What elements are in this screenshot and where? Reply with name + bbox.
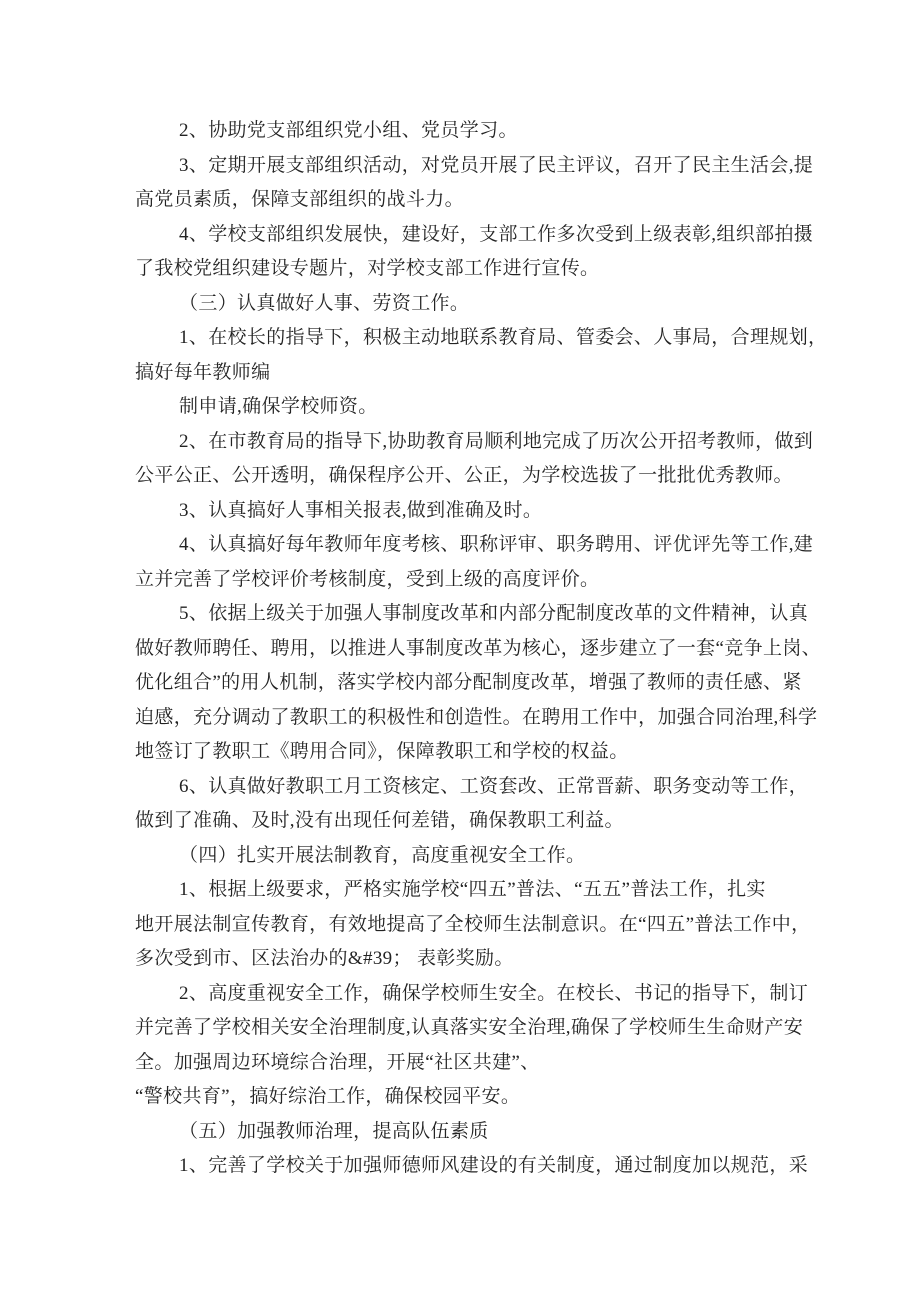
document-section-heading: （四）扎实开展法制教育，高度重视安全工作。 (135, 839, 807, 874)
document-line: 优化组合”的用人机制，落实学校内部分配制度改革，增强了教师的责任感、紧 (135, 666, 807, 701)
document-line: 2、高度重视安全工作，确保学校师生安全。在校长、书记的指导下，制订 (135, 977, 807, 1012)
document-line: 全。加强周边环境综合治理，开展“社区共建”、 (135, 1046, 807, 1081)
document-line: 并完善了学校相关安全治理制度,认真落实安全治理,确保了学校师生生命财产安 (135, 1011, 807, 1046)
document-line: 2、协助党支部组织党小组、党员学习。 (135, 114, 807, 149)
document-line: 高党员素质，保障支部组织的战斗力。 (135, 183, 807, 218)
document-line: 做好教师聘任、聘用，以推进人事制度改革为核心，逐步建立了一套“竞争上岗、 (135, 632, 807, 667)
document-text-body: 2、协助党支部组织党小组、党员学习。 3、定期开展支部组织活动，对党员开展了民主… (135, 114, 807, 1184)
document-page: 2、协助党支部组织党小组、党员学习。 3、定期开展支部组织活动，对党员开展了民主… (0, 0, 920, 1301)
document-line: 了我校党组织建设专题片，对学校支部工作进行宣传。 (135, 252, 807, 287)
document-line: 1、根据上级要求，严格实施学校“四五”普法、“五五”普法工作，扎实 (135, 873, 807, 908)
document-line: 1、完善了学校关于加强师德师风建设的有关制度，通过制度加以规范，采 (135, 1149, 807, 1184)
document-section-heading: （三）认真做好人事、劳资工作。 (135, 287, 807, 322)
document-line: 4、认真搞好每年教师年度考核、职称评审、职务聘用、评优评先等工作,建 (135, 528, 807, 563)
document-line: 5、依据上级关于加强人事制度改革和内部分配制度改革的文件精神，认真 (135, 597, 807, 632)
document-line: 4、学校支部组织发展快，建设好，支部工作多次受到上级表彰,组织部拍摄 (135, 218, 807, 253)
document-line: 立并完善了学校评价考核制度，受到上级的高度评价。 (135, 563, 807, 598)
document-line: 3、定期开展支部组织活动，对党员开展了民主评议，召开了民主生活会,提 (135, 149, 807, 184)
document-line: 地开展法制宣传教育，有效地提高了全校师生法制意识。在“四五”普法工作中， (135, 908, 807, 943)
document-line: 6、认真做好教职工月工资核定、工资套改、正常晋薪、职务变动等工作， (135, 770, 807, 805)
document-line: 公平公正、公开透明，确保程序公开、公正，为学校选拔了一批批优秀教师。 (135, 459, 807, 494)
document-line: “警校共育”，搞好综治工作，确保校园平安。 (135, 1080, 807, 1115)
document-line: 2、在市教育局的指导下,协助教育局顺利地完成了历次公开招考教师，做到 (135, 425, 807, 460)
document-line: 地签订了教职工《聘用合同》，保障教职工和学校的权益。 (135, 735, 807, 770)
document-line: 多次受到市、区法治办的&#39； 表彰奖励。 (135, 942, 807, 977)
document-line: 1、在校长的指导下，积极主动地联系教育局、管委会、人事局，合理规划， (135, 321, 807, 356)
document-section-heading: （五）加强教师治理，提高队伍素质 (135, 1115, 807, 1150)
document-line: 搞好每年教师编 (135, 356, 807, 391)
document-line: 迫感，充分调动了教职工的积极性和创造性。在聘用工作中，加强合同治理,科学 (135, 701, 807, 736)
document-line: 制申请,确保学校师资。 (135, 390, 807, 425)
document-line: 做到了准确、及时,没有出现任何差错，确保教职工利益。 (135, 804, 807, 839)
document-line: 3、认真搞好人事相关报表,做到准确及时。 (135, 494, 807, 529)
